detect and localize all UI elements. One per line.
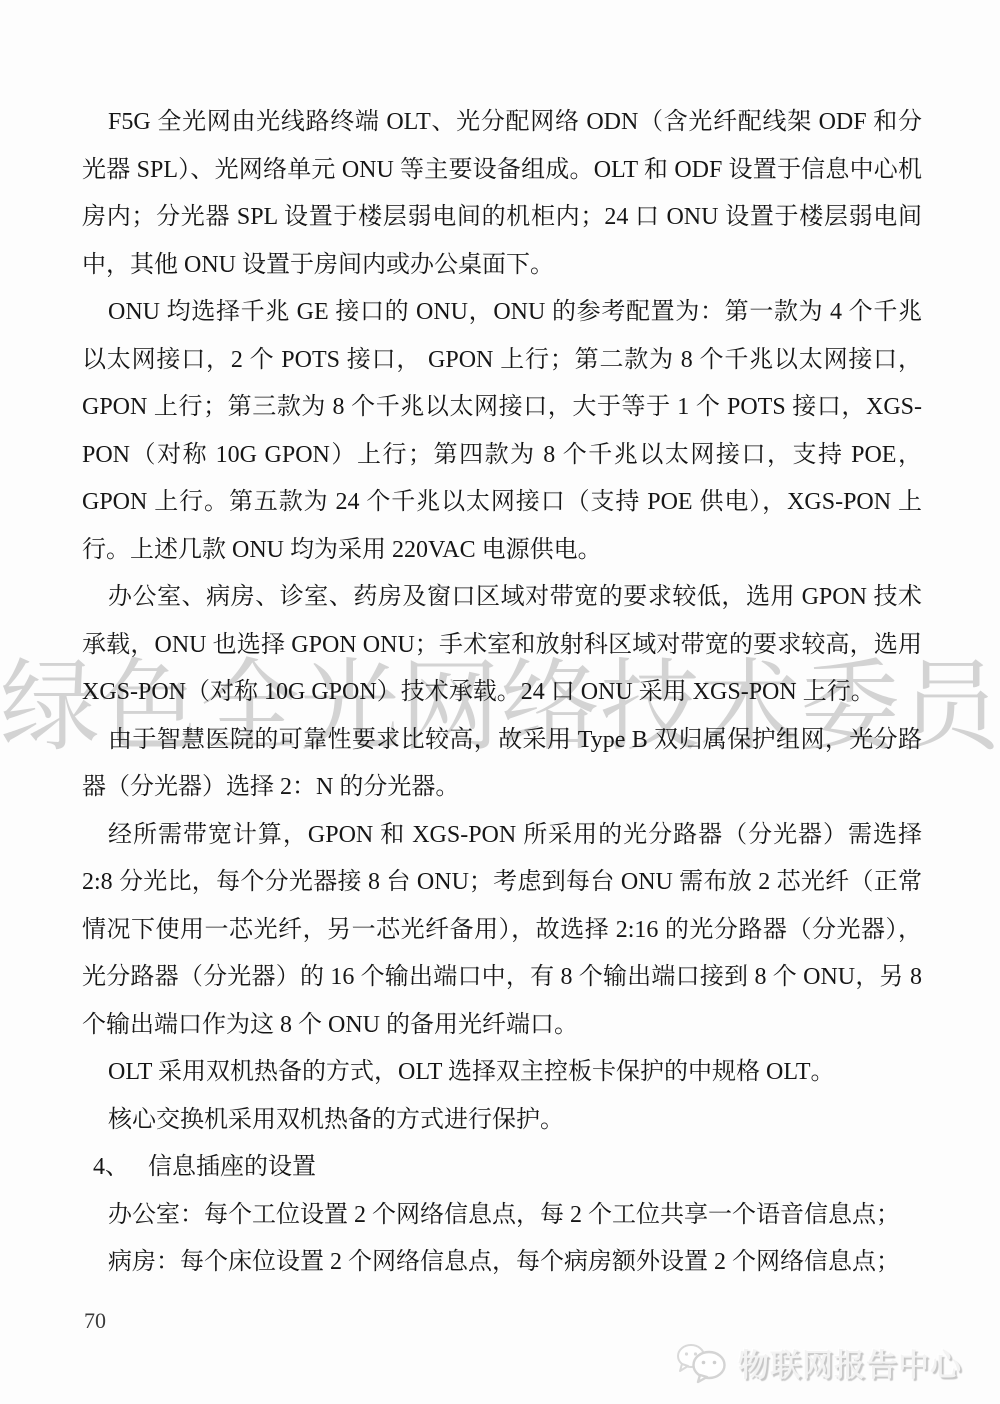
wechat-icon xyxy=(676,1341,728,1385)
brand-logo: 物联网报告中心 xyxy=(676,1340,962,1385)
paragraph-bandwidth-areas: 办公室、病房、诊室、药房及窗口区域对带宽的要求较低，选用 GPON 技术承载，O… xyxy=(82,574,922,717)
paragraph-typeb-protection: 由于智慧医院的可靠性要求比较高，故采用 Type B 双归属保护组网，光分路器（… xyxy=(82,717,922,812)
document-page: 绿色全光网络技术委员会 F5G 全光网由光线路终端 OLT、光分配网络 ODN（… xyxy=(0,0,1000,1404)
page-number: 70 xyxy=(84,1308,106,1334)
section-number: 4、 xyxy=(93,1154,129,1180)
brand-label: 物联网报告中心 xyxy=(738,1340,962,1385)
section-heading: 4、 信息插座的设置 xyxy=(93,1144,922,1192)
paragraph-core-switch: 核心交换机采用双机热备的方式进行保护。 xyxy=(82,1097,922,1145)
paragraph-olt-backup: OLT 采用双机热备的方式，OLT 选择双主控板卡保护的中规格 OLT。 xyxy=(82,1049,922,1097)
paragraph-f5g-composition: F5G 全光网由光线路终端 OLT、光分配网络 ODN（含光纤配线架 ODF 和… xyxy=(82,99,922,289)
paragraph-splitter-calc: 经所需带宽计算，GPON 和 XGS-PON 所采用的光分路器（分光器）需选择 … xyxy=(82,812,922,1050)
paragraph-ward-outlets: 病房：每个床位设置 2 个网络信息点，每个病房额外设置 2 个网络信息点； xyxy=(82,1239,922,1287)
document-body: F5G 全光网由光线路终端 OLT、光分配网络 ODN（含光纤配线架 ODF 和… xyxy=(82,99,922,1287)
paragraph-onu-configs: ONU 均选择千兆 GE 接口的 ONU，ONU 的参考配置为：第一款为 4 个… xyxy=(82,289,922,574)
paragraph-office-outlets: 办公室：每个工位设置 2 个网络信息点，每 2 个工位共享一个语音信息点； xyxy=(82,1192,922,1240)
section-title: 信息插座的设置 xyxy=(148,1154,316,1180)
